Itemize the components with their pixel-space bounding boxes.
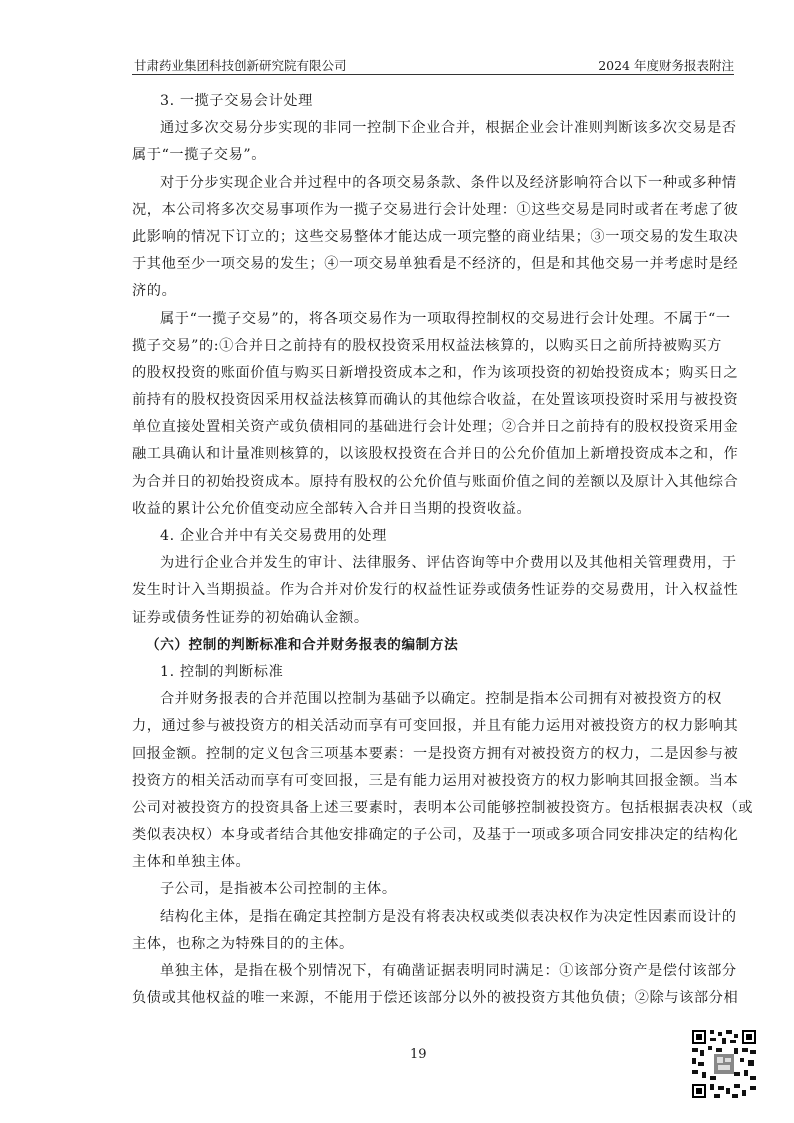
section-heading: 4. 企业合并中有关交易费用的处理 [132,523,734,550]
paragraph-line: 回报金额。控制的定义包含三项基本要素：一是投资方拥有对被投资方的权力，二是因参与… [132,741,734,768]
paragraph-line: 力，通过参与被投资方的相关活动而享有可变回报，并且有能力运用对被投资方的权力影响… [132,713,734,740]
paragraph-line: 主体和单独主体。 [132,849,734,876]
paragraph-line: 负债或其他权益的唯一来源，不能用于偿还该部分以外的被投资方其他负债；②除与该部分… [132,985,734,1012]
paragraph-line: 单位直接处置相关资产或负债相同的基础进行会计处理；②合并日之前持有的股权投资采用… [132,414,734,441]
paragraph-line: 证券或债务性证券的初始确认金额。 [132,605,734,632]
paragraph-line: 发生时计入当期损益。作为合并对价发行的权益性证券或债务性证券的交易费用，计入权益… [132,577,734,604]
paragraph-line: 揽子交易”的:①合并日之前持有的股权投资采用权益法核算的，以购买日之前所持被购买… [132,333,734,360]
paragraph-line: 此影响的情况下订立的；这些交易整体才能达成一项完整的商业结果；③一项交易的发生取… [132,224,734,251]
paragraph-line: 结构化主体，是指在确定其控制方是没有将表决权或类似表决权作为决定性因素而设计的 [132,904,734,931]
paragraph-line: 单独主体，是指在极个别情况下，有确凿证据表明同时满足：①该部分资产是偿付该部分 [132,958,734,985]
page-number: 19 [410,1047,427,1062]
paragraph-line: 属于“一揽子交易”。 [132,142,734,169]
paragraph-line: 投资方的相关活动而享有可变回报，三是有能力运用对被投资方的权力影响其回报金额。当… [132,768,734,795]
paragraph-line: 合并财务报表的合并范围以控制为基础予以确定。控制是指本公司拥有对被投资方的权 [132,686,734,713]
paragraph-line: 通过多次交易分步实现的非同一控制下企业合并，根据企业会计准则判断该多次交易是否 [132,115,734,142]
paragraph-line: 子公司，是指被本公司控制的主体。 [132,876,734,903]
paragraph-line: 于其他至少一项交易的发生；④一项交易单独看是不经济的，但是和其他交易一并考虑时是… [132,251,734,278]
paragraph-line: 济的。 [132,278,734,305]
chapter-heading: （六）控制的判断标准和合并财务报表的编制方法 [132,632,734,659]
document-body: 3. 一揽子交易会计处理 通过多次交易分步实现的非同一控制下企业合并，根据企业会… [132,88,734,1012]
section-heading: 1. 控制的判断标准 [132,659,734,686]
paragraph-line: 属于“一揽子交易”的，将各项交易作为一项取得控制权的交易进行会计处理。不属于“一 [132,306,734,333]
company-name: 甘肃药业集团科技创新研究院有限公司 [134,56,347,74]
paragraph-line: 融工具确认和计量准则核算的，以该股权投资在合并日的公允价值加上新增投资成本之和，… [132,441,734,468]
paragraph-line: 收益的累计公允价值变动应全部转入合并日当期的投资收益。 [132,496,734,523]
paragraph-line: 对于分步实现企业合并过程中的各项交易条款、条件以及经济影响符合以下一种或多种情 [132,170,734,197]
paragraph-line: 的股权投资的账面价值与购买日新增投资成本之和，作为该项投资的初始投资成本；购买日… [132,360,734,387]
paragraph-line: 主体，也称之为特殊目的的主体。 [132,931,734,958]
report-title: 2024 年度财务报表附注 [598,56,734,74]
page-header: 甘肃药业集团科技创新研究院有限公司 2024 年度财务报表附注 [132,52,734,75]
paragraph-line: 前持有的股权投资因采用权益法核算而确认的其他综合收益，在处置该项投资时采用与被投… [132,387,734,414]
paragraph-line: 为进行企业合并发生的审计、法律服务、评估咨询等中介费用以及其他相关管理费用，于 [132,550,734,577]
paragraph-line: 公司对被投资方的投资具备上述三要素时，表明本公司能够控制被投资方。包括根据表决权… [132,795,734,822]
section-heading: 3. 一揽子交易会计处理 [132,88,734,115]
qr-code-icon [690,1028,758,1100]
paragraph-line: 为合并日的初始投资成本。原持有股权的公允价值与账面价值之间的差额以及原计入其他综… [132,469,734,496]
paragraph-line: 况，本公司将多次交易事项作为一揽子交易进行会计处理：①这些交易是同时或者在考虑了… [132,197,734,224]
paragraph-line: 类似表决权）本身或者结合其他安排确定的子公司，及基于一项或多项合同安排决定的结构… [132,822,734,849]
